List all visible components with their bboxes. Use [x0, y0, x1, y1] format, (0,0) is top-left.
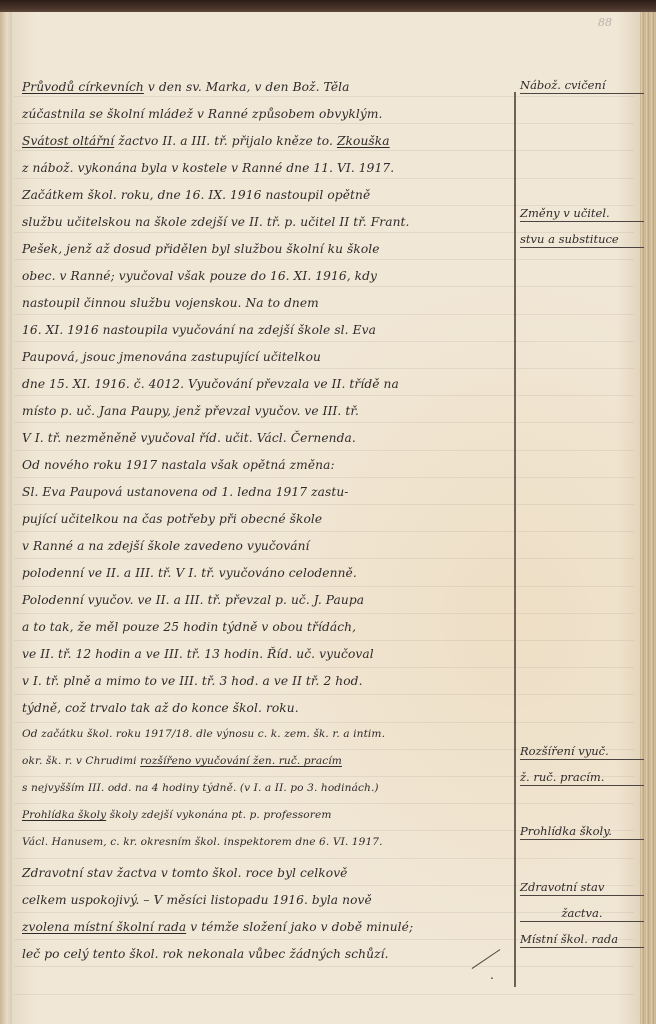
ruled-line — [14, 395, 634, 396]
ruled-line — [14, 694, 634, 695]
chronicle-line: nastoupil činnou službu vojenskou. Na to… — [22, 296, 319, 310]
ruled-line — [14, 858, 634, 859]
line-text: Od nového roku 1917 nastala však opětná … — [22, 458, 335, 472]
chronicle-line: zvolena místní školní rada v témže slože… — [22, 920, 413, 934]
line-text: Zdravotní stav žactva v tomto škol. roce… — [22, 866, 348, 880]
chronicle-line: obec. v Ranné; vyučoval však pouze do 16… — [22, 269, 377, 283]
chronicle-line: a to tak, že měl pouze 25 hodin týdně v … — [22, 620, 356, 634]
margin-note: Místní škol. rada — [520, 932, 644, 948]
line-text: službu učitelskou na škole zdejší ve II.… — [22, 215, 410, 229]
ruled-line — [14, 286, 634, 287]
line-text: zúčastnila se školní mládež v Ranné způs… — [22, 107, 382, 121]
line-text: žactvo II. a III. tř. přijalo kněze to. — [114, 134, 337, 148]
chronicle-line: V I. tř. nezměněně vyučoval říd. učit. V… — [22, 431, 356, 445]
line-text: Pešek, jenž až dosud přidělen byl službo… — [22, 242, 380, 256]
chronicle-line: službu učitelskou na škole zdejší ve II.… — [22, 215, 410, 229]
line-text: a to tak, že měl pouze 25 hodin týdně v … — [22, 620, 356, 634]
line-text: polodenní ve II. a III. tř. V I. tř. vyu… — [22, 566, 357, 580]
ruled-line — [14, 450, 634, 451]
ruled-line — [14, 422, 634, 423]
ruled-line — [14, 368, 634, 369]
line-text: v den sv. Marka, v den Bož. Těla — [144, 80, 350, 94]
line-text: místo p. uč. Jana Paupy, jenž převzal vy… — [22, 404, 359, 418]
ruled-line — [14, 259, 634, 260]
line-text: v I. tř. plně a mimo to ve III. tř. 3 ho… — [22, 674, 363, 688]
line-text: dne 15. XI. 1916. č. 4012. Vyučování pře… — [22, 377, 399, 391]
chronicle-line: v Ranné a na zdejší škole zavedeno vyučo… — [22, 539, 310, 553]
ruled-line — [14, 667, 634, 668]
margin-note: Změny v učitel. — [520, 206, 644, 222]
underlined-heading-text: Prohlídka školy — [22, 809, 106, 821]
chronicle-line: Od nového roku 1917 nastala však opětná … — [22, 458, 335, 472]
line-text: V I. tř. nezměněně vyučoval říd. učit. V… — [22, 431, 356, 445]
line-text: v témže složení jako v době minulé; — [186, 920, 413, 934]
chronicle-line: zúčastnila se školní mládež v Ranné způs… — [22, 107, 382, 121]
line-text: Začátkem škol. roku, dne 16. IX. 1916 na… — [22, 188, 370, 202]
chronicle-line: místo p. uč. Jana Paupy, jenž převzal vy… — [22, 404, 359, 418]
ruled-line — [14, 150, 634, 151]
ruled-line — [14, 96, 634, 97]
chronicle-line: 16. XI. 1916 nastoupila vyučování na zde… — [22, 323, 376, 337]
ruled-line — [14, 586, 634, 587]
ruled-line — [14, 722, 634, 723]
chronicle-line: Od začátku škol. roku 1917/18. dle výnos… — [22, 728, 385, 740]
line-text: Polodenní vyučov. ve II. a III. tř. přev… — [22, 593, 364, 607]
line-text: ve II. tř. 12 hodin a ve III. tř. 13 hod… — [22, 647, 374, 661]
chronicle-line: Průvodů církevních v den sv. Marka, v de… — [22, 80, 350, 94]
margin-note: Rozšíření vyuč. — [520, 744, 644, 760]
ruled-line — [14, 314, 634, 315]
ruled-line — [14, 531, 634, 532]
chronicle-line: Václ. Hanusem, c. kr. okresním škol. ins… — [22, 836, 383, 848]
ruled-line — [14, 504, 634, 505]
ruled-line — [14, 613, 634, 614]
chronicle-line: týdně, což trvalo tak až do konce škol. … — [22, 701, 299, 715]
chronicle-line: celkem uspokojivý. – V měsíci listopadu … — [22, 893, 372, 907]
ruled-line — [14, 994, 634, 995]
underlined-heading-text: Průvodů církevních — [22, 80, 144, 94]
line-text: nastoupil činnou službu vojenskou. Na to… — [22, 296, 319, 310]
chronicle-line: ve II. tř. 12 hodin a ve III. tř. 13 hod… — [22, 647, 374, 661]
chronicle-line: pující učitelkou na čas potřeby při obec… — [22, 512, 322, 526]
page-stack-edge — [640, 12, 656, 1024]
ruled-line — [14, 803, 634, 804]
line-text: Od začátku škol. roku 1917/18. dle výnos… — [22, 728, 385, 740]
chronicle-line: polodenní ve II. a III. tř. V I. tř. vyu… — [22, 566, 357, 580]
chronicle-line: z nábož. vykonána byla v kostele v Ranné… — [22, 161, 394, 175]
underlined-heading-text: zvolena místní školní rada — [22, 920, 186, 934]
margin-note: Zdravotní stav — [520, 880, 644, 896]
margin-divider — [514, 92, 516, 987]
chronicle-line: Paupová, jsouc jmenována zastupující uči… — [22, 350, 321, 364]
line-text: Paupová, jsouc jmenována zastupující uči… — [22, 350, 321, 364]
chronicle-line: Zdravotní stav žactva v tomto škol. roce… — [22, 866, 348, 880]
ruled-line — [14, 558, 634, 559]
chronicle-line: s nejvyšším III. odd. na 4 hodiny týdně.… — [22, 782, 379, 794]
chronicle-line: Sl. Eva Paupová ustanovena od 1. ledna 1… — [22, 485, 349, 499]
page-number: 88 — [598, 16, 612, 29]
line-text: v Ranné a na zdejší škole zavedeno vyučo… — [22, 539, 310, 553]
line-text: z nábož. vykonána byla v kostele v Ranné… — [22, 161, 394, 175]
chronicle-line: Svátost oltářní žactvo II. a III. tř. př… — [22, 134, 390, 148]
line-text: leč po celý tento škol. rok nekonala vůb… — [22, 947, 389, 961]
ruled-line — [14, 477, 634, 478]
margin-note: ž. ruč. pracím. — [520, 770, 644, 786]
line-text: Sl. Eva Paupová ustanovena od 1. ledna 1… — [22, 485, 349, 499]
line-text: týdně, což trvalo tak až do konce škol. … — [22, 701, 299, 715]
ruled-line — [14, 640, 634, 641]
line-text: školy zdejší vykonána pt. p. professorem — [106, 809, 331, 821]
margin-note: žactva. — [520, 906, 644, 922]
ruled-line — [14, 966, 634, 967]
chronicle-line: okr. šk. r. v Chrudimi rozšířeno vyučová… — [22, 755, 342, 767]
chronicle-line: dne 15. XI. 1916. č. 4012. Vyučování pře… — [22, 377, 399, 391]
line-text: s nejvyšším III. odd. na 4 hodiny týdně.… — [22, 782, 379, 794]
chronicle-line: v I. tř. plně a mimo to ve III. tř. 3 ho… — [22, 674, 363, 688]
line-text: celkem uspokojivý. – V měsíci listopadu … — [22, 893, 372, 907]
ruled-line — [14, 123, 634, 124]
chronicle-line: Polodenní vyučov. ve II. a III. tř. přev… — [22, 593, 364, 607]
ruled-line — [14, 341, 634, 342]
margin-note: Nábož. cvičení — [520, 78, 644, 94]
ruled-line — [14, 178, 634, 179]
end-of-entry-dot: . — [490, 968, 494, 982]
line-text: obec. v Ranné; vyučoval však pouze do 16… — [22, 269, 377, 283]
line-text: 16. XI. 1916 nastoupila vyučování na zde… — [22, 323, 376, 337]
line-text: okr. šk. r. v Chrudimi — [22, 755, 140, 767]
chronicle-line: Prohlídka školy školy zdejší vykonána pt… — [22, 809, 331, 821]
chronicle-line: Začátkem škol. roku, dne 16. IX. 1916 na… — [22, 188, 370, 202]
margin-note: Prohlídka školy. — [520, 824, 644, 840]
underlined-heading-text: Svátost oltářní — [22, 134, 114, 148]
line-text: pující učitelkou na čas potřeby při obec… — [22, 512, 322, 526]
line-text: Václ. Hanusem, c. kr. okresním škol. ins… — [22, 836, 383, 848]
chronicle-line: Pešek, jenž až dosud přidělen byl službo… — [22, 242, 380, 256]
chronicle-line: leč po celý tento škol. rok nekonala vůb… — [22, 947, 389, 961]
margin-note: stvu a substituce — [520, 232, 644, 248]
underlined-heading-text: Zkouška — [337, 134, 390, 148]
underlined-heading-text: rozšířeno vyučování žen. ruč. pracím — [140, 755, 342, 767]
